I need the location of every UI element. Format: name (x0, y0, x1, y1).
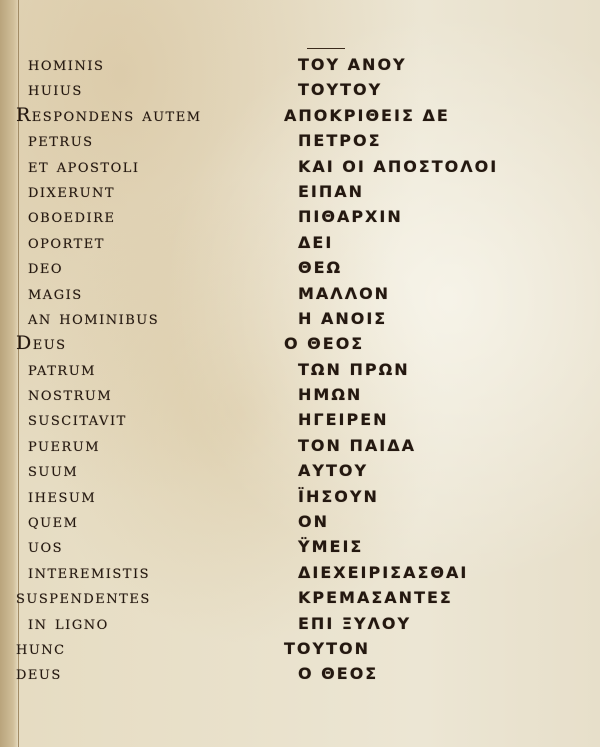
latin-line: quem (28, 509, 202, 534)
latin-line: uos (28, 534, 202, 559)
greek-line: ΗΓΕΙΡΕΝ (298, 407, 498, 432)
greek-line: Ο ΘΕΟΣ (298, 661, 498, 686)
latin-line: Deus (16, 331, 202, 356)
greek-line: ΫΜΕΙΣ (298, 534, 498, 559)
latin-line: patrum (28, 357, 202, 382)
latin-line: deo (28, 255, 202, 280)
greek-line: ΑΠΟΚΡΙΘΕΙΣ ΔΕ (284, 103, 498, 128)
latin-line: magis (28, 281, 202, 306)
greek-line: ΠΙΘΑΡΧΙΝ (298, 204, 498, 229)
greek-column: ΤΟΥ ΑΝΟΥ ΤΟΥΤΟΥ ΑΠΟΚΡΙΘΕΙΣ ΔΕ ΠΕΤΡΟΣ ΚΑΙ… (298, 52, 498, 687)
greek-line: ΚΑΙ ΟΙ ΑΠΟΣΤΟΛΟΙ (298, 154, 498, 179)
greek-line: ΤΟΝ ΠΑΙΔΑ (298, 433, 498, 458)
latin-line: hominis (28, 52, 202, 77)
greek-line: ΟΝ (298, 509, 498, 534)
latin-line: deus (16, 661, 202, 686)
latin-line: an hominibus (28, 306, 202, 331)
latin-line: oportet (28, 230, 202, 255)
latin-line: ihesum (28, 484, 202, 509)
greek-line: ΤΩΝ ΠΡΩΝ (298, 357, 498, 382)
latin-line: suum (28, 458, 202, 483)
latin-line: petrus (28, 128, 202, 153)
greek-line: ΕΙΠΑΝ (298, 179, 498, 204)
greek-line: ΚΡΕΜΑΣΑΝΤΕΣ (298, 585, 498, 610)
latin-line: puerum (28, 433, 202, 458)
greek-line: ΘΕΩ (298, 255, 498, 280)
greek-line: ΤΟΥ ΑΝΟΥ (298, 52, 498, 77)
latin-line: interemistis (28, 560, 202, 585)
latin-line: suscitavit (28, 407, 202, 432)
greek-line: ΪΗΣΟΥΝ (298, 484, 498, 509)
greek-line: ΔΙΕΧΕΙΡΙΣΑΣΘΑΙ (298, 560, 498, 585)
latin-column: hominis huius Respondens autem petrus et… (28, 52, 202, 687)
greek-line: ΠΕΤΡΟΣ (298, 128, 498, 153)
nomina-sacra-overline (307, 48, 345, 49)
greek-line: ΤΟΥΤΟΝ (284, 636, 498, 661)
latin-line: dixerunt (28, 179, 202, 204)
greek-line: Ο ΘΕΟΣ (284, 331, 498, 356)
greek-line: ΤΟΥΤΟΥ (298, 77, 498, 102)
latin-line: hunc (16, 636, 202, 661)
greek-line: ΗΜΩΝ (298, 382, 498, 407)
latin-line: in ligno (28, 611, 202, 636)
greek-line: ΜΑΛΛΟΝ (298, 281, 498, 306)
latin-line: et apostoli (28, 154, 202, 179)
latin-line: huius (28, 77, 202, 102)
latin-line: oboedire (28, 204, 202, 229)
greek-line: Η ΑΝΟΙΣ (298, 306, 498, 331)
latin-line: suspendentes (16, 585, 202, 610)
latin-line: Respondens autem (16, 103, 202, 128)
greek-line: ΑΥΤΟΥ (298, 458, 498, 483)
greek-line: ΔΕΙ (298, 230, 498, 255)
latin-line: nostrum (28, 382, 202, 407)
greek-line: ΕΠΙ ΞΥΛΟΥ (298, 611, 498, 636)
